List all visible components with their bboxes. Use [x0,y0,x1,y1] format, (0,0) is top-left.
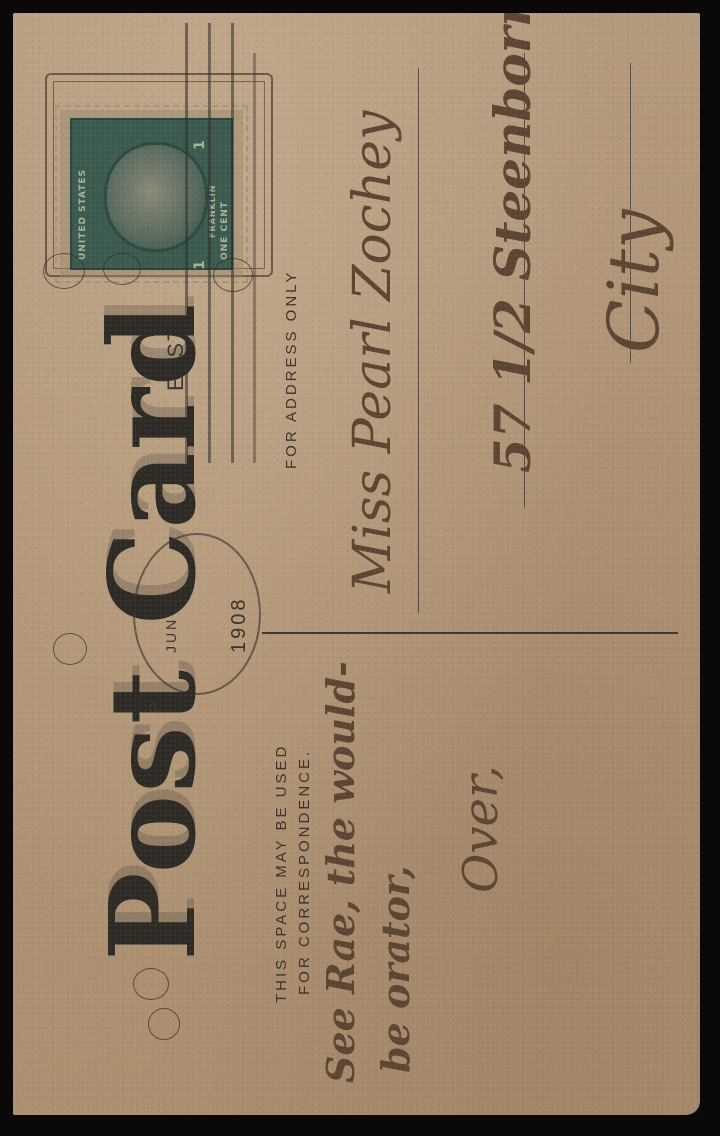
message-closing: Over, [453,765,509,893]
stamp-country-text: UNITED STATES [78,169,88,260]
postmark-month: JUN [163,617,179,653]
ornament-swirl-icon [213,258,253,292]
divider-line [262,632,678,634]
message-line-1: See Rae, the would- [318,661,363,1083]
address-line-2: 57 1/2 Steenborne [483,13,542,473]
stamp-denomination-2: 1 [192,259,208,270]
stamp-denomination: 1 [192,139,208,150]
message-line-2: be orator, [373,866,418,1073]
ornament-swirl-icon [133,968,169,1000]
ornament-swirl-icon [103,253,141,285]
address-label: FOR ADDRESS ONLY [283,270,300,469]
correspondence-label-1: THIS SPACE MAY BE USED [273,744,290,1003]
ornament-swirl-icon [53,633,87,665]
address-line-1: Miss Pearl Zochey [343,111,403,593]
ornament-swirl-icon [148,1008,180,1040]
postcard: UNITED STATES ONE CENT FRANKLIN 1 1 EAST… [13,13,700,1115]
postmark-partial: P [148,699,166,713]
cancel-line [231,23,234,463]
correspondence-label-2: FOR CORRESPONDENCE. [296,749,313,995]
stamp-value-text: ONE CENT [220,201,230,260]
address-line-3: City [593,209,675,353]
ornament-swirl-icon [43,253,85,289]
address-guide-line [418,68,419,613]
franklin-portrait-icon [104,142,208,252]
postmark-year: 1908 [228,597,251,654]
cancel-line [253,53,256,463]
postage-stamp: UNITED STATES ONE CENT FRANKLIN 1 1 [60,110,243,278]
